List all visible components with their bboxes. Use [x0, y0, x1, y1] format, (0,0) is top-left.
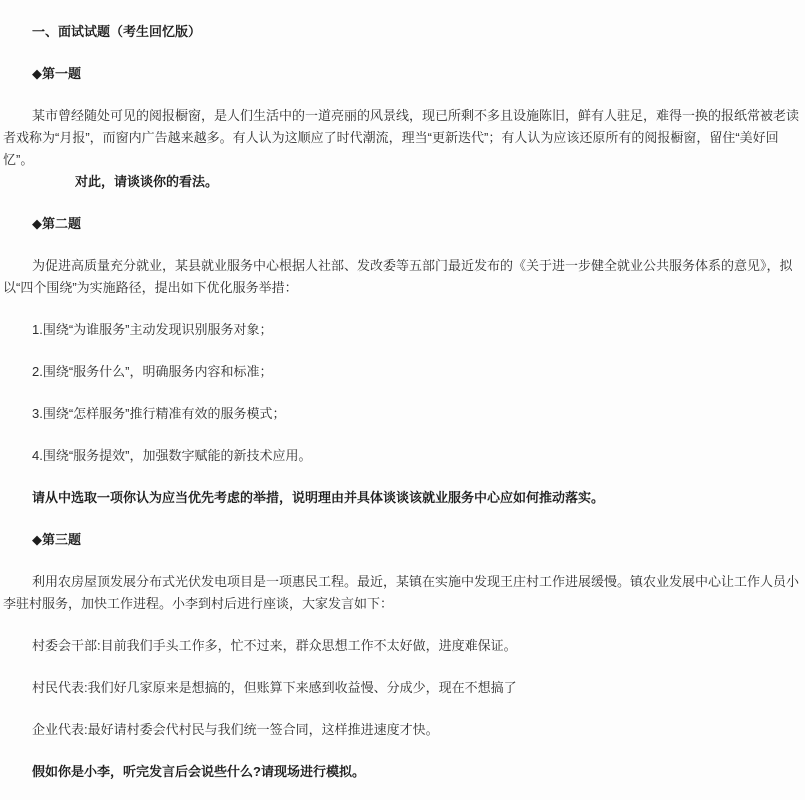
- speech-enterprise-rep: 企业代表:最好请村委会代村民与我们统一签合同，这样推进速度才快。: [3, 719, 803, 741]
- measure-item-4: 4.围绕“服务提效”，加强数字赋能的新技术应用。: [3, 445, 803, 467]
- question2-prompt: 请从中选取一项你认为应当优先考虑的举措，说明理由并具体谈谈该就业服务中心应如何推…: [3, 487, 803, 509]
- question2-heading: ◆第二题: [3, 213, 803, 235]
- document-title: 一、面试试题（考生回忆版）: [3, 21, 803, 43]
- speech-villager-rep: 村民代表:我们好几家原来是想搞的，但账算下来感到收益慢、分成少，现在不想搞了: [3, 677, 803, 699]
- question3-intro: 利用农房屋顶发展分布式光伏发电项目是一项惠民工程。最近，某镇在实施中发现王庄村工…: [3, 571, 803, 615]
- measure-item-3: 3.围绕“怎样服务”推行精准有效的服务模式；: [3, 403, 803, 425]
- question1-heading: ◆第一题: [3, 63, 803, 85]
- exam-document: 一、面试试题（考生回忆版） ◆第一题 某市曾经随处可见的阅报橱窗，是人们生活中的…: [0, 0, 805, 800]
- question1-text: 某市曾经随处可见的阅报橱窗，是人们生活中的一道亮丽的风景线，现已所剩不多且设施陈…: [3, 108, 799, 167]
- speech-village-cadre: 村委会干部:目前我们手头工作多，忙不过来，群众思想工作不太好做，进度难保证。: [3, 635, 803, 657]
- question1-prompt: 对此，请谈谈你的看法。: [3, 171, 803, 193]
- question1-body: 某市曾经随处可见的阅报橱窗，是人们生活中的一道亮丽的风景线，现已所剩不多且设施陈…: [3, 105, 803, 193]
- measure-item-1: 1.围绕“为谁服务”主动发现识别服务对象；: [3, 319, 803, 341]
- question2-intro: 为促进高质量充分就业，某县就业服务中心根据人社部、发改委等五部门最近发布的《关于…: [3, 255, 803, 299]
- question3-heading: ◆第三题: [3, 529, 803, 551]
- question3-prompt: 假如你是小李，听完发言后会说些什么?请现场进行模拟。: [3, 761, 803, 783]
- measure-item-2: 2.围绕“服务什么”，明确服务内容和标准；: [3, 361, 803, 383]
